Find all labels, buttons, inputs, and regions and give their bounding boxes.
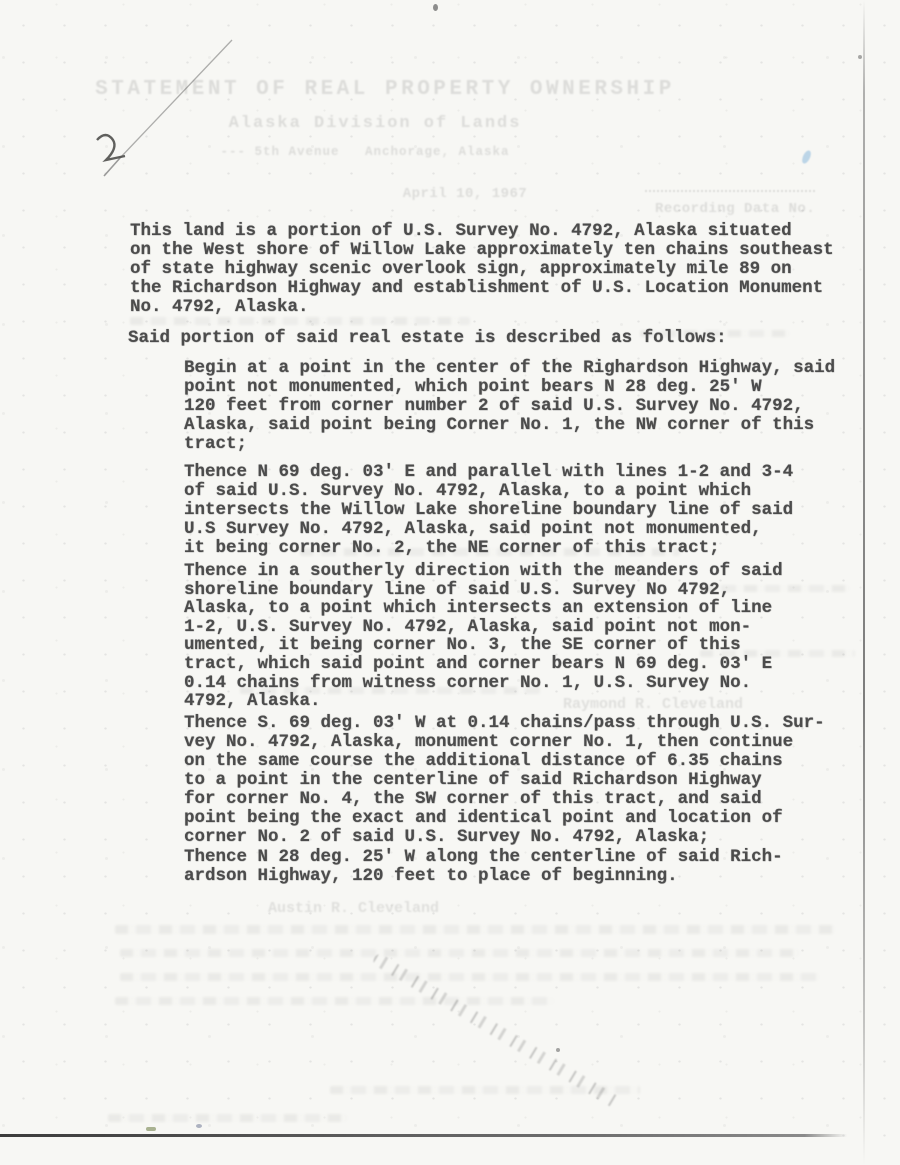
ghost-header-title: STATEMENT OF REAL PROPERTY OWNERSHIP	[0, 78, 770, 101]
ghost-smudge	[240, 687, 540, 694]
description-block-4: Thence S. 69 deg. 03' W at 0.14 chains/p…	[184, 714, 825, 847]
ink-speck	[433, 4, 438, 11]
intro-paragraph: This land is a portion of U.S. Survey No…	[130, 222, 834, 317]
ghost-smudge	[115, 997, 555, 1005]
description-block-5: Thence N 28 deg. 25' W along the centerl…	[184, 848, 783, 886]
olive-ink-speck	[146, 1127, 156, 1131]
ghost-date: April 10, 1967	[335, 186, 595, 202]
ghost-dotted-rule	[645, 190, 815, 192]
ghost-signature-name-lower: Austin R. Cleveland	[268, 900, 439, 917]
ink-speck	[196, 1124, 202, 1128]
ghost-smudge	[120, 949, 800, 957]
description-block-2: Thence N 69 deg. 03' E and parallel with…	[184, 463, 793, 558]
ink-speck	[556, 1048, 560, 1052]
ghost-header-subtitle: Alaska Division of Lands	[0, 114, 750, 133]
ghost-smudge	[700, 585, 850, 592]
ghost-smudge	[300, 548, 680, 556]
scan-edge-line	[0, 1134, 847, 1137]
ghost-smudge	[120, 973, 820, 981]
said-portion-line: Said portion of said real estate is desc…	[128, 329, 727, 348]
ghost-smudge	[640, 330, 790, 337]
ghost-smudge	[108, 1114, 348, 1122]
scanned-document-page: STATEMENT OF REAL PROPERTY OWNERSHIP Ala…	[0, 0, 900, 1165]
ghost-signature-name-mid: Raymond R. Cleveland	[563, 696, 743, 713]
ghost-smudge	[700, 650, 855, 657]
ghost-header-address: --- 5th Avenue Anchorage, Alaska	[0, 145, 730, 159]
fold-crease-line	[863, 0, 865, 1165]
blue-ink-speck	[800, 149, 812, 165]
handwritten-pencil-mark	[0, 0, 280, 220]
ghost-recording-data-label: Recording Data No.	[655, 201, 815, 217]
ghost-smudge	[115, 925, 835, 934]
ghost-smudge	[130, 317, 470, 325]
description-block-1: Begin at a point in the center of the Ri…	[184, 359, 835, 454]
ink-speck	[858, 55, 862, 59]
